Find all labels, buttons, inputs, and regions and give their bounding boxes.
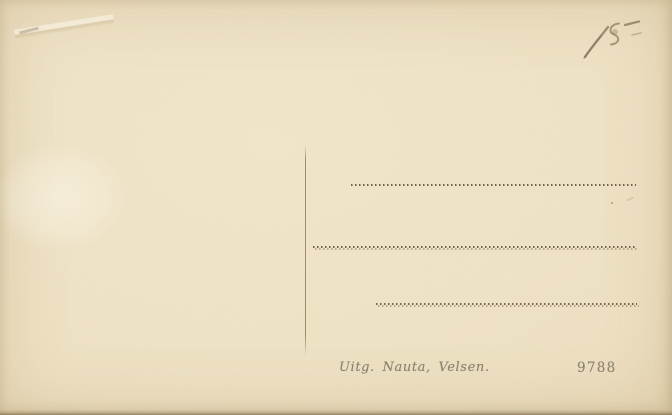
paper-smudge [626, 196, 634, 201]
publisher-imprint: Uitg. Nauta, Velsen. [339, 360, 490, 375]
card-bottom-edge [0, 410, 672, 415]
address-line-3 [376, 303, 637, 305]
postcard-back: Uitg. Nauta, Velsen. 9788 [0, 0, 672, 415]
address-line-1 [351, 184, 636, 186]
address-divider-line [305, 145, 306, 357]
paper-light-patch [0, 128, 145, 268]
paper-speck [611, 202, 613, 204]
handwritten-price-note [570, 5, 660, 65]
address-line-2 [313, 246, 637, 248]
serial-number: 9788 [577, 360, 617, 376]
crease-mark [14, 14, 114, 40]
